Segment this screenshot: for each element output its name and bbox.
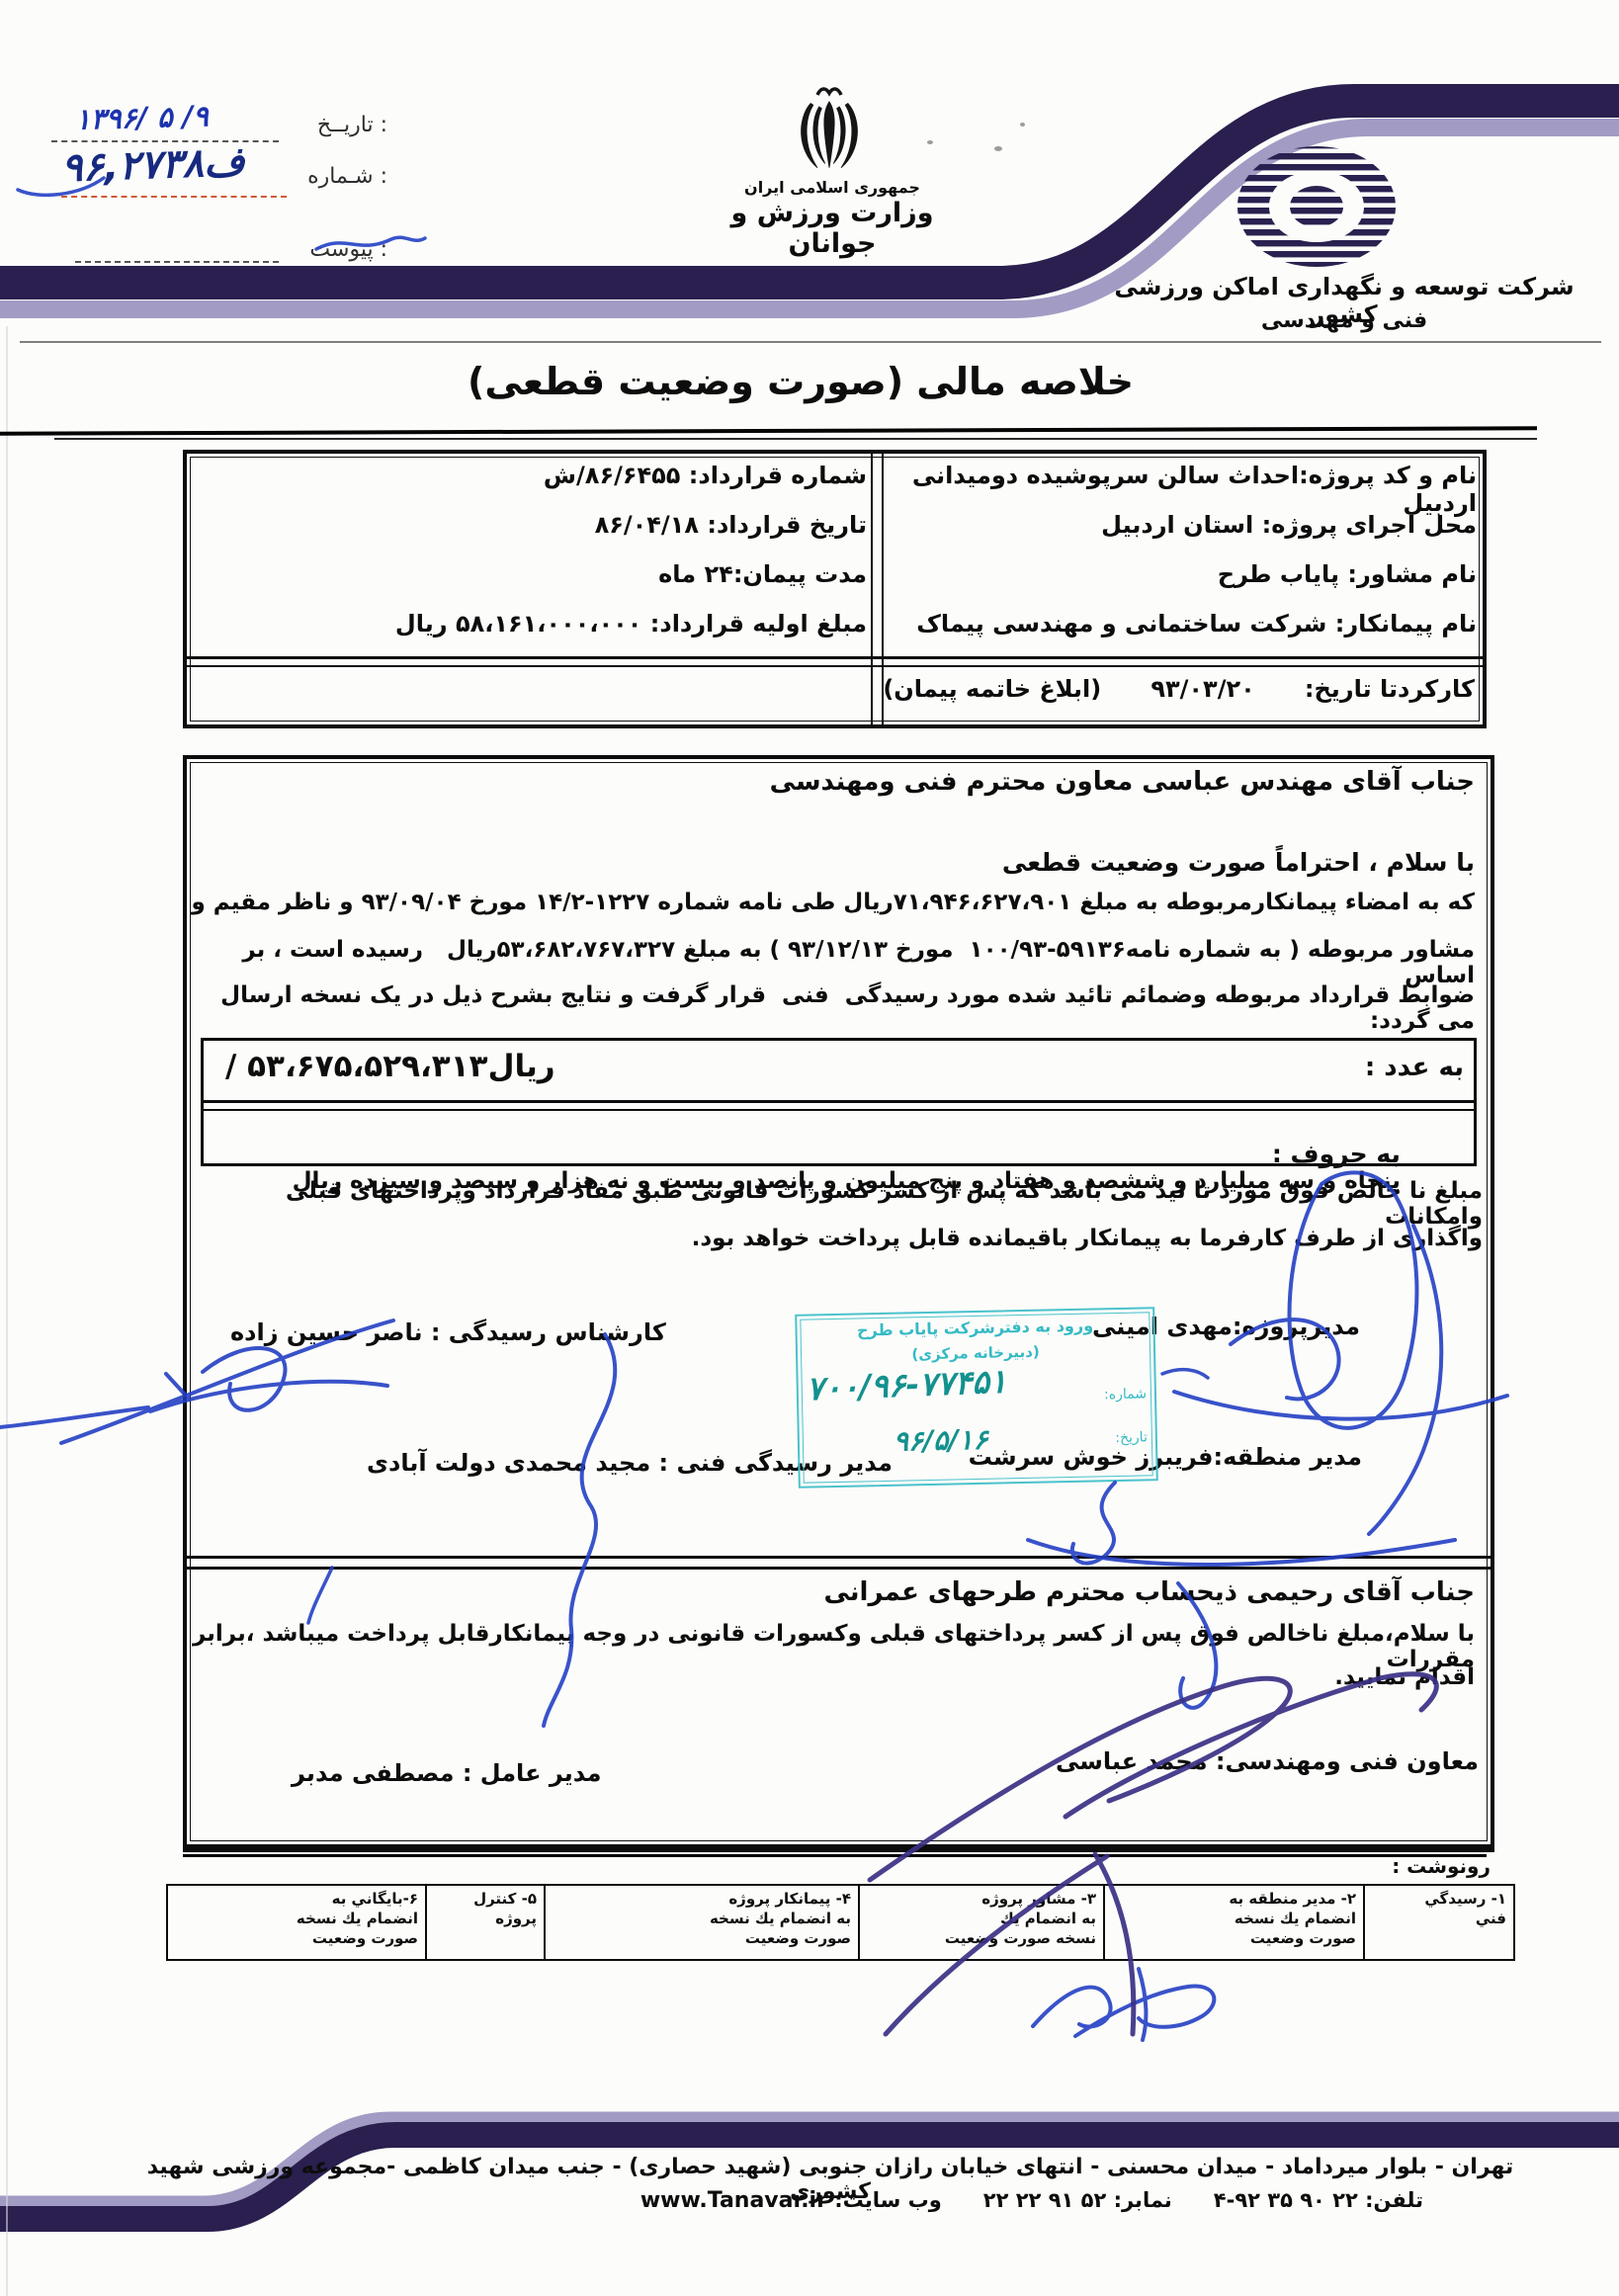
website-url: www.Tanavar.ir (640, 2188, 827, 2213)
fax-label: نمابر: (1114, 2188, 1172, 2212)
number-dotted-line (61, 194, 287, 198)
fax-value: ۲۲ ۲۲ ۹۱ ۵۲ (983, 2188, 1106, 2212)
contract-date-cell: تاریخ قرارداد: ۸۶/۰۴/۱۸ (191, 511, 867, 539)
scan-speck (1020, 123, 1025, 127)
attachment-label: پیوست : (309, 237, 387, 262)
consultant-name-cell: نام مشاور: پایاب طرح (884, 560, 1477, 588)
footer-phone: تلفن: ۴-۹۲ ۳۵ ۹۰ ۲۲ (1214, 2188, 1423, 2213)
project-info-table: نام و کد پروژه:احداث سالن سرپوشیده دومید… (183, 450, 1487, 728)
amount-box-divider (201, 1100, 1477, 1111)
ceo-name: مدیر عامل : مصطفی مدبر (292, 1759, 601, 1787)
project-info-right-column: نام و کد پروژه:احداث سالن سرپوشیده دومید… (884, 458, 1477, 655)
contractor-name-cell: نام پیمانکار: شرکت ساختمانی و مهندسی پیم… (884, 610, 1477, 638)
signature-payab-3 (1139, 1969, 1146, 2040)
letter1-addressee: جناب آقای مهندس عباسی معاون محترم فنی وم… (770, 767, 1475, 797)
initial-amount-cell: مبلغ اولیه قرارداد: ۵۸،۱۶۱،۰۰۰،۰۰۰ ریال (191, 610, 867, 638)
contract-number-cell: شماره قرارداد: ۸۶/۶۴۵۵/ش (191, 462, 867, 489)
letter-box-outer-rule (183, 1854, 1487, 1857)
cc-item-technical-review: ۱- رسيدگي فني (1365, 1886, 1513, 1959)
signature-payab-1 (1033, 1988, 1111, 2027)
letter-body-box: جناب آقای مهندس عباسی معاون محترم فنی وم… (183, 755, 1494, 1852)
project-name-cell: نام و کد پروژه:احداث سالن سرپوشیده دومید… (884, 462, 1477, 517)
info-table-row-divider (183, 656, 1487, 667)
letter2-line2: اقدام نمایید. (1334, 1664, 1475, 1690)
page-title: خلاصه مالی (صورت وضعیت قطعی) (455, 360, 1147, 403)
registry-stamp: ورود به دفترشرکت پایاب طرح (دبیرخانه مرک… (795, 1307, 1158, 1488)
company-logo-icon (1232, 142, 1402, 271)
scan-edge-artifact (6, 326, 8, 2296)
footer-website: وب سایت: www.Tanavar.ir (640, 2188, 942, 2213)
cc-item-archive: ۶-بايگاني به انضمام يك نسخه صورت وضعيت (164, 1886, 427, 1959)
title-rule-bottom-thin (54, 438, 1537, 440)
attachment-dotted-line (75, 259, 279, 263)
amount-box: به عدد : / ۵۳،۶۷۵،۵۲۹،۳۱۳ریال به حروف : … (201, 1038, 1477, 1166)
amount-numeric-label: به عدد : (1365, 1053, 1464, 1082)
net-note-line2: واگذاری از طرف کارفرما به پیمانکار باقیم… (692, 1226, 1483, 1251)
cc-item-project-control: ۵- كنترل پروژه (427, 1886, 546, 1959)
ministry-name: وزارت ورزش و جوانان (692, 198, 973, 259)
stamp-date-value: ۹۶/۵/۱۶ (894, 1423, 988, 1458)
contract-duration-cell: مدت پیمان:۲۴ ماه (191, 560, 867, 588)
scan-speck (994, 146, 1002, 151)
info-table-column-divider (871, 450, 884, 728)
project-info-left-column: شماره قرارداد: ۸۶/۶۴۵۵/ش تاریخ قرارداد: … (191, 458, 859, 655)
letter1-line2: مشاور مربوطه ( به شماره نامه۵۹۱۳۶-۱۰۰/۹۳… (187, 937, 1475, 988)
date-label: تاریــخ : (317, 113, 387, 137)
cc-distribution-table: ۱- رسيدگي فني ۲- مدير منطقه به انضمام يك… (166, 1884, 1515, 1961)
document-meta-block: تاریــخ : ۱۳۹۶/ ۵ /۹ شـماره : ۹۶,۲۷۳۸ف پ… (51, 99, 387, 287)
cc-item-consultant: ۳- مشاور پروژه به انضمام يك نسخه صورت وض… (860, 1886, 1105, 1959)
letter1-salutation: با سلام ، احتراماً صورت وضعیت قطعی (1002, 848, 1475, 877)
stamp-line1: ورود به دفترشرکت پایاب طرح (797, 1315, 1152, 1341)
worked-until-row: کارکردتا تاریخ: ۹۳/۰۳/۲۰ (ابلاغ خاتمه پی… (883, 675, 1475, 703)
stamp-date-label: تاریخ: (1115, 1429, 1148, 1446)
letter2-addressee: جناب آقای رحیمی ذیحساب محترم طرحهای عمرا… (823, 1577, 1475, 1607)
deputy-name: معاون فنی ومهندسی: محمد عباسی (1056, 1747, 1479, 1775)
letter1-line3: ضوابط قرارداد مربوطه وضمائم تائید شده مو… (187, 982, 1475, 1034)
scanned-document-page: تاریــخ : ۱۳۹۶/ ۵ /۹ شـماره : ۹۶,۲۷۳۸ف پ… (0, 0, 1619, 2296)
iran-emblem-icon (786, 83, 873, 178)
title-rule-top (20, 341, 1601, 343)
footer-contact-line: تلفن: ۴-۹۲ ۳۵ ۹۰ ۲۲ نمابر: ۲۲ ۲۲ ۹۱ ۵۲ و… (425, 2188, 1423, 2213)
website-label: وب سایت: (834, 2188, 942, 2212)
emblem-caption: جمهوری اسلامی ایران (704, 178, 961, 197)
signature-payab-2 (1075, 1987, 1214, 2036)
letter1-line1: که به امضاء پیمانکارمربوطه به مبلغ ۷۱،۹۴… (191, 890, 1475, 915)
review-expert-name: کارشناس رسیدگی : ناصر حسین زاده (230, 1318, 666, 1346)
net-note-line1: مبلغ نا خالص فوق مورد تا ئید می باشد که … (187, 1178, 1483, 1230)
scan-speck (927, 140, 933, 144)
number-label: شـماره : (307, 164, 387, 189)
cc-label: رونوشت : (1392, 1854, 1491, 1878)
letter-section-divider (183, 1556, 1494, 1570)
amount-words-label: به حروف : (1272, 1140, 1401, 1168)
cc-item-contractor: ۴- پيمانكار پروژه به انضمام يك نسخه صورت… (546, 1886, 860, 1959)
department-name: فنی و مهندسی (1226, 308, 1463, 333)
letter2-line1: با سلام،مبلغ ناخالص فوق پس از کسر پرداخت… (187, 1621, 1475, 1672)
footer-fax: نمابر: ۲۲ ۲۲ ۹۱ ۵۲ (983, 2188, 1172, 2213)
stamp-number-value: ۷۰۰/۹۶-۷۷۴۵۱ (806, 1362, 1007, 1408)
stamp-number-label: شماره: (1104, 1386, 1147, 1403)
amount-numeric-value: / ۵۳،۶۷۵،۵۲۹،۳۱۳ریال (225, 1049, 555, 1084)
title-rule-bottom-thick (0, 426, 1537, 435)
cc-item-region-manager: ۲- مدير منطقه به انضمام يك نسخه صورت وضع… (1105, 1886, 1365, 1959)
number-handwritten-value: ۹۶,۲۷۳۸ف (60, 139, 245, 191)
signature-hosseinzadeh-stroke2 (0, 1407, 148, 1427)
phone-value: ۴-۹۲ ۳۵ ۹۰ ۲۲ (1214, 2188, 1358, 2212)
phone-label: تلفن: (1365, 2188, 1423, 2212)
project-location-cell: محل اجرای پروژه: استان اردبیل (884, 511, 1477, 539)
date-handwritten-value: ۱۳۹۶/ ۵ /۹ (75, 99, 210, 136)
